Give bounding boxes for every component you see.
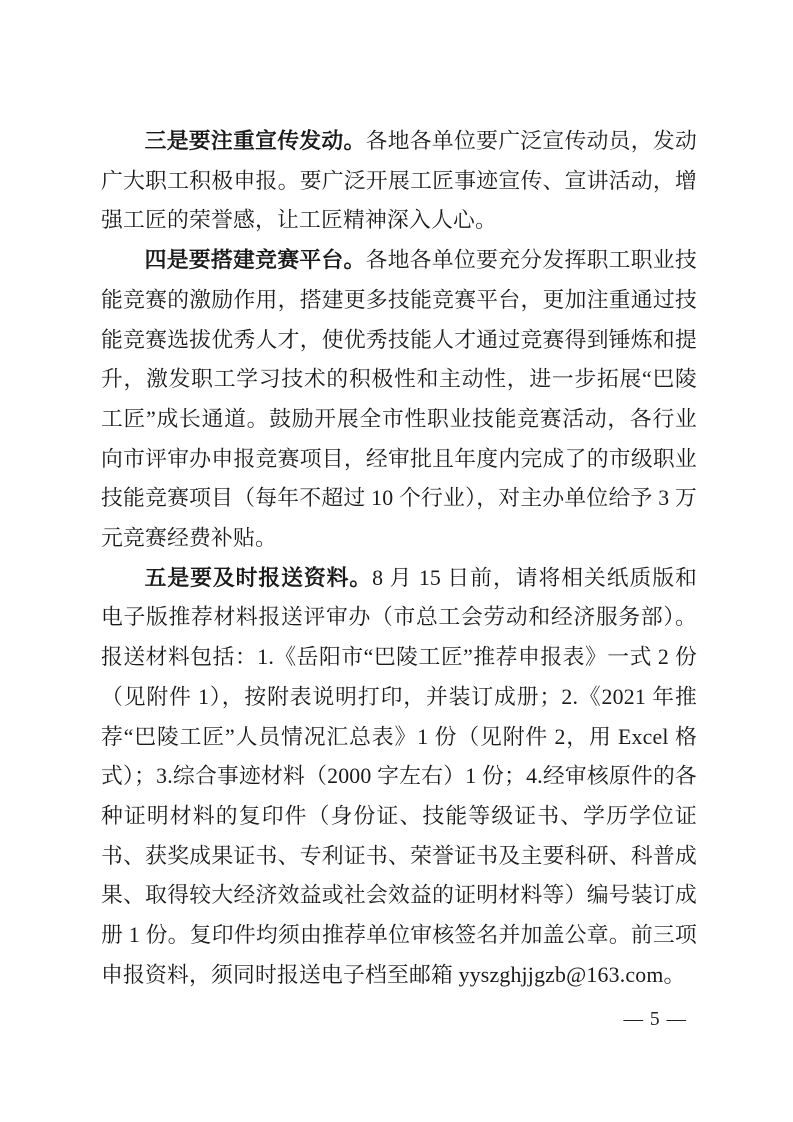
paragraph-lead: 三是要注重宣传发动。 [145,129,366,153]
paragraph-text: 8 月 15 日前，请将相关纸质版和电子版推荐材料报送评审办（市总工会劳动和经济… [101,566,697,987]
page-number: — 5 — [624,1006,688,1034]
document-page: 三是要注重宣传发动。各地各单位要广泛宣传动员，发动广大职工积极申报。要广泛开展工… [0,0,793,1122]
paragraph-lead: 五是要及时报送资料。 [145,566,373,590]
paragraph-submit-materials: 五是要及时报送资料。8 月 15 日前，请将相关纸质版和电子版推荐材料报送评审办… [101,559,697,996]
paragraph-lead: 四是要搭建竞赛平台。 [145,248,366,272]
document-body: 三是要注重宣传发动。各地各单位要广泛宣传动员，发动广大职工积极申报。要广泛开展工… [101,122,697,995]
paragraph-text: 各地各单位要充分发挥职工职业技能竞赛的激励作用，搭建更多技能竞赛平台，更加注重通… [101,248,697,550]
paragraph-publicity: 三是要注重宣传发动。各地各单位要广泛宣传动员，发动广大职工积极申报。要广泛开展工… [101,122,697,241]
paragraph-competition-platform: 四是要搭建竞赛平台。各地各单位要充分发挥职工职业技能竞赛的激励作用，搭建更多技能… [101,241,697,559]
